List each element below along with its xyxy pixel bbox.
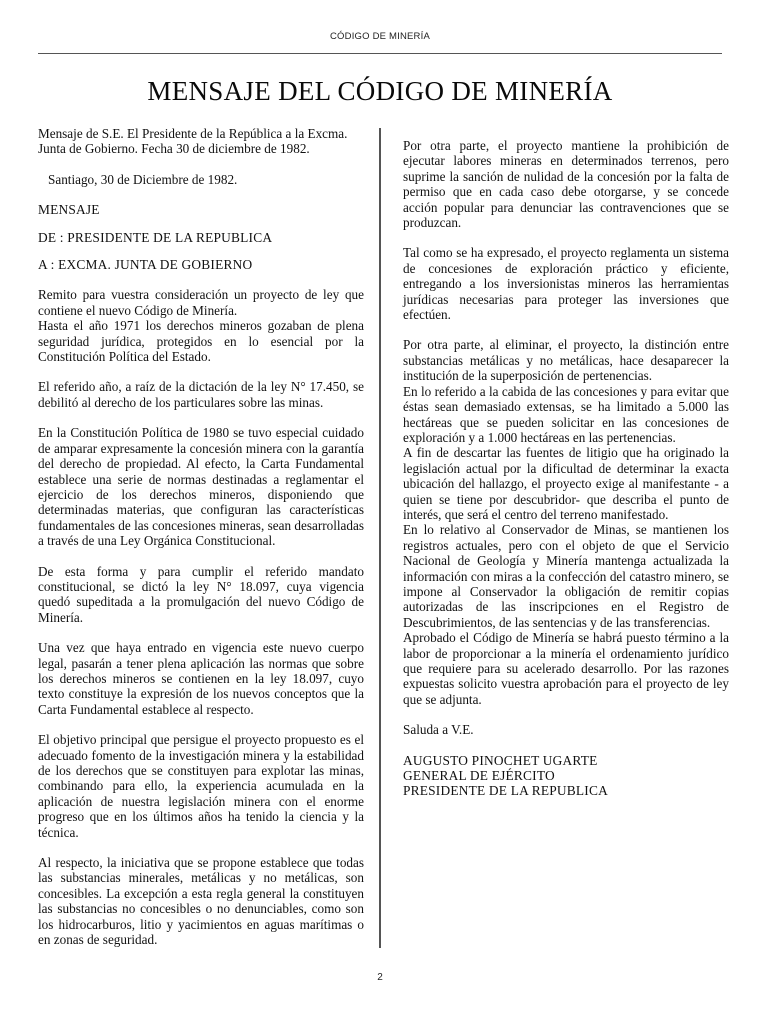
body-paragraph: El objetivo principal que persigue el pr… [38,732,364,840]
place-date: Santiago, 30 de Diciembre de 1982. [38,172,364,187]
body-paragraph: Por otra parte, al eliminar, el proyecto… [403,337,729,383]
intro-paragraph: Mensaje de S.E. El Presidente de la Repú… [38,126,364,157]
body-paragraph: A fin de descartar las fuentes de litigi… [403,445,729,522]
body-paragraph: En la Constitución Política de 1980 se t… [38,425,364,548]
recipient-line: A : EXCMA. JUNTA DE GOBIERNO [38,257,364,272]
body-paragraph: Tal como se ha expresado, el proyecto re… [403,245,729,322]
body-paragraph: Una vez que haya entrado en vigencia est… [38,640,364,717]
body-paragraph: Aprobado el Código de Minería se habrá p… [403,630,729,707]
body-paragraph: Al respecto, la iniciativa que se propon… [38,855,364,947]
running-header: CÓDIGO DE MINERÍA [0,31,760,42]
signature-name: AUGUSTO PINOCHET UGARTE [403,753,729,768]
signature-rank: GENERAL DE EJÉRCITO [403,768,729,783]
right-column: Por otra parte, el proyecto mantiene la … [403,138,729,799]
body-paragraph: El referido año, a raíz de la dictación … [38,379,364,410]
body-paragraph: En lo referido a la cabida de las conces… [403,384,729,446]
body-paragraph: Por otra parte, el proyecto mantiene la … [403,138,729,230]
body-paragraph: Remito para vuestra consideración un pro… [38,287,364,318]
left-column: Mensaje de S.E. El Presidente de la Repú… [38,126,364,962]
body-paragraph: De esta forma y para cumplir el referido… [38,564,364,626]
closing-salutation: Saluda a V.E. [403,722,729,737]
body-paragraph: En lo relativo al Conservador de Minas, … [403,522,729,630]
column-divider [379,128,381,948]
page-number: 2 [0,972,760,983]
mensaje-label: MENSAJE [38,202,364,217]
header-rule [38,53,722,54]
page-title: MENSAJE DEL CÓDIGO DE MINERÍA [0,76,760,107]
signature-office: PRESIDENTE DE LA REPUBLICA [403,783,729,798]
body-paragraph: Hasta el año 1971 los derechos mineros g… [38,318,364,364]
sender-line: DE : PRESIDENTE DE LA REPUBLICA [38,230,364,245]
